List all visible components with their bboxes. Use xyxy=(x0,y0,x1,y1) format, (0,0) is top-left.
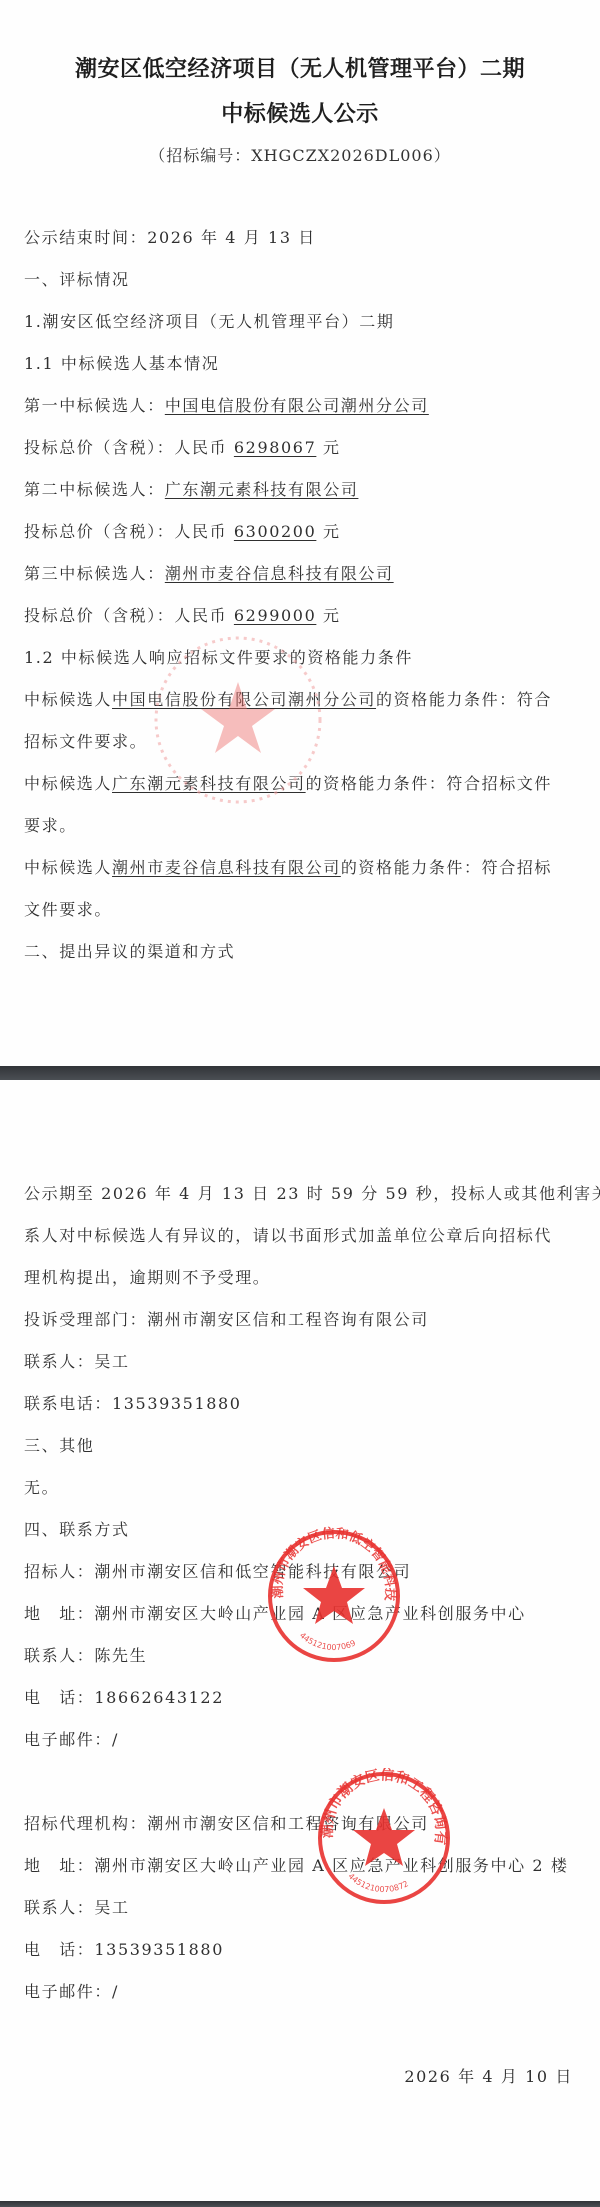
qualification-prefix: 中标候选人 xyxy=(24,690,112,709)
price-unit: 元 xyxy=(316,438,340,457)
qualification-1: 中标候选人中国电信股份有限公司潮州分公司的资格能力条件：符合 xyxy=(24,690,552,710)
candidate-2-price-row: 投标总价（含税）：人民币 6300200 元 xyxy=(24,522,341,542)
section2-heading: 二、提出异议的渠道和方式 xyxy=(24,942,235,962)
candidate-1-price: 6298067 xyxy=(234,438,316,457)
candidate-1-price-row: 投标总价（含税）：人民币 6298067 元 xyxy=(24,438,341,458)
candidate-2-label: 第二中标候选人： xyxy=(24,480,165,499)
objection-line-1: 公示期至 2026 年 4 月 13 日 23 时 59 分 59 秒，投标人或… xyxy=(24,1184,600,1204)
document-page-1: 潮安区低空经济项目（无人机管理平台）二期 中标候选人公示 （招标编号：XHGCZ… xyxy=(0,0,600,1066)
candidate-1-row: 第一中标候选人：中国电信股份有限公司潮州分公司 xyxy=(24,396,429,416)
complaint-phone: 联系电话：13539351880 xyxy=(24,1394,242,1414)
candidate-2-row: 第二中标候选人：广东潮元素科技有限公司 xyxy=(24,480,358,500)
page-separator-bottom xyxy=(0,2201,600,2207)
section1-heading: 一、评标情况 xyxy=(24,270,130,290)
qualification-2-cont: 要求。 xyxy=(24,816,77,836)
qualification-2-name: 广东潮元素科技有限公司 xyxy=(112,774,306,793)
agency-seal-icon: 潮州市潮安区信和工程咨询有限公司 4451210070872 xyxy=(314,1768,454,1908)
page-separator xyxy=(0,1066,600,1080)
complaint-dept: 投诉受理部门：潮州市潮安区信和工程咨询有限公司 xyxy=(24,1310,429,1330)
section3-body: 无。 xyxy=(24,1478,59,1498)
agency-name: 招标代理机构：潮州市潮安区信和工程咨询有限公司 xyxy=(24,1814,429,1834)
candidate-1-name: 中国电信股份有限公司潮州分公司 xyxy=(165,396,429,415)
qualification-3: 中标候选人潮州市麦谷信息科技有限公司的资格能力条件：符合招标 xyxy=(24,858,552,878)
document-page-2: 公示期至 2026 年 4 月 13 日 23 时 59 分 59 秒，投标人或… xyxy=(0,1080,600,2201)
candidate-1-label: 第一中标候选人： xyxy=(24,396,165,415)
tenderer-email: 电子邮件：/ xyxy=(24,1730,119,1750)
qualification-prefix: 中标候选人 xyxy=(24,858,112,877)
qualification-suffix: 的资格能力条件：符合 xyxy=(376,690,552,709)
complaint-contact: 联系人：吴工 xyxy=(24,1352,130,1372)
document-date: 2026 年 4 月 10 日 xyxy=(404,2067,573,2087)
candidate-2-price: 6300200 xyxy=(234,522,316,541)
qualification-3-name: 潮州市麦谷信息科技有限公司 xyxy=(112,858,341,877)
qualification-prefix: 中标候选人 xyxy=(24,774,112,793)
qualification-1-cont: 招标文件要求。 xyxy=(24,732,147,752)
price-label: 投标总价（含税）：人民币 xyxy=(24,438,234,457)
publicity-end-time: 公示结束时间：2026 年 4 月 13 日 xyxy=(24,228,316,248)
candidate-3-name: 潮州市麦谷信息科技有限公司 xyxy=(165,564,394,583)
svg-text:潮州市潮安区信和工程咨询有限公司: 潮州市潮安区信和工程咨询有限公司 xyxy=(314,1768,449,1846)
tenderer-contact: 联系人：陈先生 xyxy=(24,1646,147,1666)
candidate-3-label: 第三中标候选人： xyxy=(24,564,165,583)
agency-email: 电子邮件：/ xyxy=(24,1982,119,2002)
candidate-2-name: 广东潮元素科技有限公司 xyxy=(165,480,359,499)
document-title-line2: 中标候选人公示 xyxy=(0,97,600,128)
price-label: 投标总价（含税）：人民币 xyxy=(24,606,234,625)
subsection-1-2: 1.2 中标候选人响应招标文件要求的资格能力条件 xyxy=(24,648,413,668)
tenderer-seal-icon: 潮州市潮安区信和低空智能科技有限公司 445121007069 xyxy=(264,1526,404,1666)
section3-heading: 三、其他 xyxy=(24,1436,94,1456)
candidate-3-price-row: 投标总价（含税）：人民币 6299000 元 xyxy=(24,606,341,626)
candidate-3-price: 6299000 xyxy=(234,606,316,625)
subsection-1-1: 1.1 中标候选人基本情况 xyxy=(24,354,219,374)
agency-contact: 联系人：吴工 xyxy=(24,1898,130,1918)
agency-address: 地 址：潮州市潮安区大岭山产业园 A 区应急产业科创服务中心 2 楼 xyxy=(24,1856,568,1876)
qualification-3-cont: 文件要求。 xyxy=(24,900,112,920)
qualification-suffix: 的资格能力条件：符合招标 xyxy=(341,858,552,877)
svg-text:445121007069: 445121007069 xyxy=(298,1631,357,1652)
tender-number: （招标编号：XHGCZX2026DL006） xyxy=(0,143,600,166)
price-label: 投标总价（含税）：人民币 xyxy=(24,522,234,541)
qualification-2: 中标候选人广东潮元素科技有限公司的资格能力条件：符合招标文件 xyxy=(24,774,552,794)
price-unit: 元 xyxy=(316,522,340,541)
objection-line-2: 系人对中标候选人有异议的，请以书面形式加盖单位公章后向招标代 xyxy=(24,1226,552,1246)
price-unit: 元 xyxy=(316,606,340,625)
objection-line-3: 理机构提出，逾期则不予受理。 xyxy=(24,1268,270,1288)
document-title-line1: 潮安区低空经济项目（无人机管理平台）二期 xyxy=(0,52,600,83)
qualification-suffix: 的资格能力条件：符合招标文件 xyxy=(306,774,552,793)
qualification-1-name: 中国电信股份有限公司潮州分公司 xyxy=(112,690,376,709)
tenderer-address: 地 址：潮州市潮安区大岭山产业园 A 区应急产业科创服务中心 xyxy=(24,1604,526,1624)
tenderer-name: 招标人：潮州市潮安区信和低空智能科技有限公司 xyxy=(24,1562,411,1582)
project-line: 1.潮安区低空经济项目（无人机管理平台）二期 xyxy=(24,312,394,332)
tenderer-phone: 电 话：18662643122 xyxy=(24,1688,224,1708)
agency-phone: 电 话：13539351880 xyxy=(24,1940,224,1960)
section4-heading: 四、联系方式 xyxy=(24,1520,130,1540)
candidate-3-row: 第三中标候选人：潮州市麦谷信息科技有限公司 xyxy=(24,564,394,584)
